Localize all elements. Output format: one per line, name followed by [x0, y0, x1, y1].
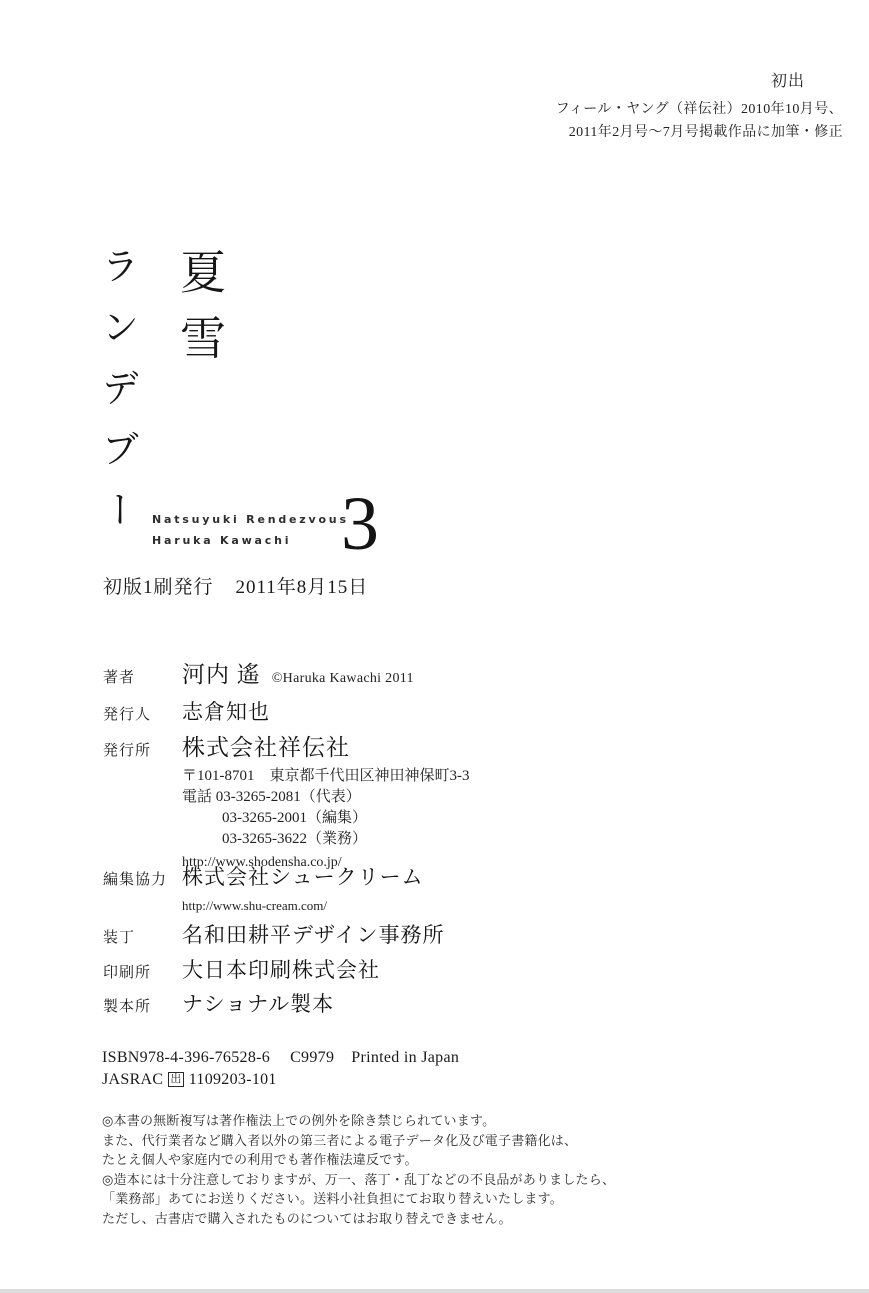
c-code: C9979 — [290, 1049, 334, 1066]
editing-company-name: 株式会社シュークリーム — [182, 861, 424, 891]
credit-label: 著者 — [103, 666, 182, 687]
legal-line: 「業務部」あてにお送りください。送料小社負担にてお取り替えいたします。 — [102, 1189, 615, 1209]
isbn-code: ISBN978-4-396-76528-6 — [102, 1049, 270, 1066]
isbn-line: ISBN978-4-396-76528-6C9979Printed in Jap… — [102, 1049, 459, 1067]
jasrac-label: JASRAC — [102, 1071, 163, 1088]
credit-label: 発行所 — [103, 739, 182, 760]
isbn-block: ISBN978-4-396-76528-6C9979Printed in Jap… — [102, 1049, 459, 1089]
printing-company-name: 大日本印刷株式会社 — [182, 954, 380, 984]
copyright-note: ©Haruka Kawachi 2011 — [272, 671, 414, 686]
credit-row-printing: 印刷所 大日本印刷株式会社 — [103, 954, 380, 984]
legal-line: ◎造本には十分注意しておりますが、万一、落丁・乱丁などの不良品がありましたら、 — [102, 1170, 615, 1190]
legal-line: ただし、古書店で購入されたものについてはお取り替えできません。 — [102, 1209, 615, 1229]
publisher-address: 〒101-8701 東京都千代田区神田神保町3-3 — [182, 766, 470, 787]
scan-bottom-edge — [0, 1289, 869, 1293]
credit-row-publisher-person: 発行人 志倉知也 — [103, 696, 270, 726]
publisher-person-name: 志倉知也 — [182, 696, 270, 726]
jasrac-line: JASRAC出1109203-101 — [102, 1071, 459, 1089]
legal-line: たとえ個人や家庭内での利用でも著作権法違反です。 — [102, 1150, 615, 1170]
credit-row-cover-design: 装丁 名和田耕平デザイン事務所 — [103, 919, 445, 949]
colophon-page: 初出 フィール・ヤング（祥伝社）2010年10月号、 2011年2月号〜7月号掲… — [0, 0, 869, 1293]
legal-line: ◎本書の無断複写は著作権法上での例外を除き禁じられています。 — [102, 1111, 615, 1131]
jasrac-number: 1109203-101 — [189, 1071, 277, 1088]
legal-notice: ◎本書の無断複写は著作権法上での例外を除き禁じられています。 また、代行業者など… — [102, 1111, 615, 1228]
design-office-name: 名和田耕平デザイン事務所 — [182, 919, 445, 949]
credit-row-publisher: 発行所 株式会社祥伝社 〒101-8701 東京都千代田区神田神保町3-3 電話… — [103, 729, 470, 872]
author-name: 河内 遙 — [182, 662, 261, 687]
credit-label: 発行人 — [103, 703, 182, 724]
credit-label: 装丁 — [103, 926, 182, 947]
editing-company-url: http://www.shu-cream.com/ — [182, 896, 424, 915]
binding-company-name: ナショナル製本 — [182, 988, 334, 1018]
publisher-name: 株式会社祥伝社 — [182, 729, 470, 762]
printed-in-japan: Printed in Japan — [351, 1049, 459, 1066]
publisher-phone-main: 電話 03-3265-2081（代表） — [182, 787, 470, 808]
credit-row-editing-cooperation: 編集協力 株式会社シュークリーム http://www.shu-cream.co… — [103, 861, 424, 915]
publisher-phone-business: 03-3265-3622（業務） — [182, 829, 470, 850]
credits-table: 著者 河内 遙©Haruka Kawachi 2011 発行人 志倉知也 発行所… — [103, 0, 703, 1293]
credit-label: 印刷所 — [103, 961, 182, 982]
jasrac-license-mark: 出 — [168, 1072, 183, 1087]
publisher-phone-editorial: 03-3265-2001（編集） — [182, 808, 470, 829]
credit-label: 製本所 — [103, 995, 182, 1016]
credit-label: 編集協力 — [103, 868, 182, 889]
legal-line: また、代行業者など購入者以外の第三者による電子データ化及び電子書籍化は、 — [102, 1131, 615, 1151]
credit-row-bookbinding: 製本所 ナショナル製本 — [103, 988, 334, 1018]
credit-row-author: 著者 河内 遙©Haruka Kawachi 2011 — [103, 656, 414, 689]
